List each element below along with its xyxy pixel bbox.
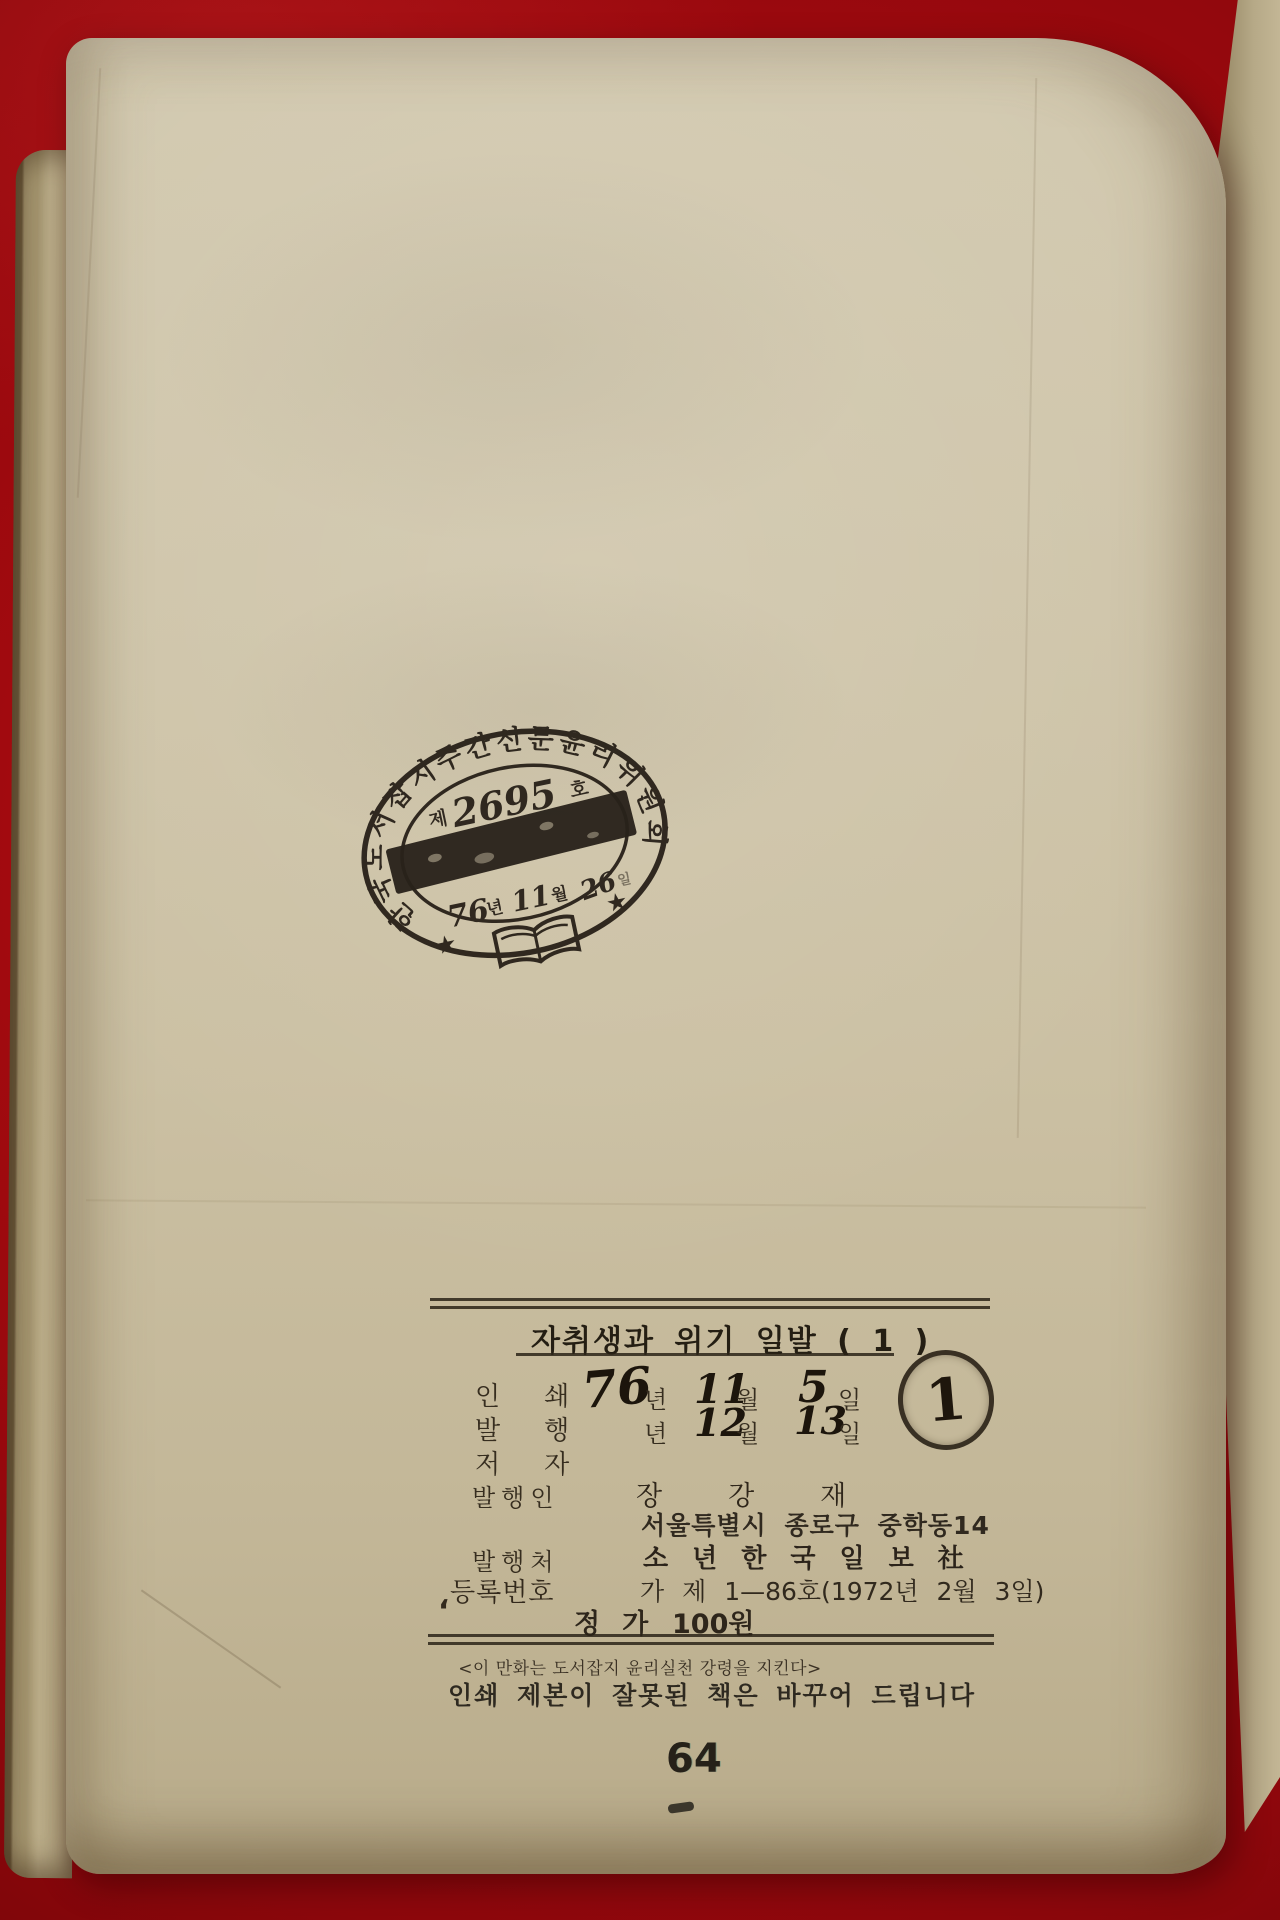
publish-month-unit: 월 <box>736 1414 759 1449</box>
title-underline <box>516 1353 894 1356</box>
stamp-serial-suffix: 호 <box>568 777 591 802</box>
bleed-through-shadow <box>156 148 876 548</box>
publisher-value: 소년한국일보社 <box>643 1538 988 1575</box>
crease-line <box>86 1199 1146 1208</box>
registration-label: 등록번호 <box>450 1572 554 1609</box>
colophon-bottom-rule <box>428 1642 994 1645</box>
colophon-top-rule <box>430 1306 990 1309</box>
stamp-date-year-unit: 년 <box>485 896 505 920</box>
crease-line <box>141 1589 281 1688</box>
page-number: 64 <box>666 1736 722 1782</box>
stamp-date-month-unit: 월 <box>549 883 569 907</box>
star-icon: ★ <box>603 886 630 918</box>
volume-number: 1 <box>923 1364 969 1435</box>
stamp-serial-prefix: 제 <box>427 806 450 832</box>
crease-line <box>77 68 102 498</box>
publisher-address: 서울특별시 종로구 중학동14 <box>641 1506 990 1542</box>
colophon-bottom-rule <box>428 1634 994 1637</box>
replacement-guarantee-note: 인쇄 제본이 잘못된 책은 바꾸어 드립니다 <box>448 1676 976 1712</box>
publisher-person-label: 발행인 <box>472 1478 560 1513</box>
print-year-unit: 년 <box>644 1380 667 1415</box>
crease-line <box>1017 78 1037 1138</box>
colophon-top-rule <box>430 1298 990 1301</box>
stray-quote-mark: ‘ <box>438 1594 449 1629</box>
publish-day-unit: 일 <box>838 1414 861 1449</box>
author-row-label: 저자 <box>475 1444 613 1481</box>
publish-row-label: 발행 <box>475 1410 613 1447</box>
publish-year-unit: 년 <box>644 1414 667 1449</box>
